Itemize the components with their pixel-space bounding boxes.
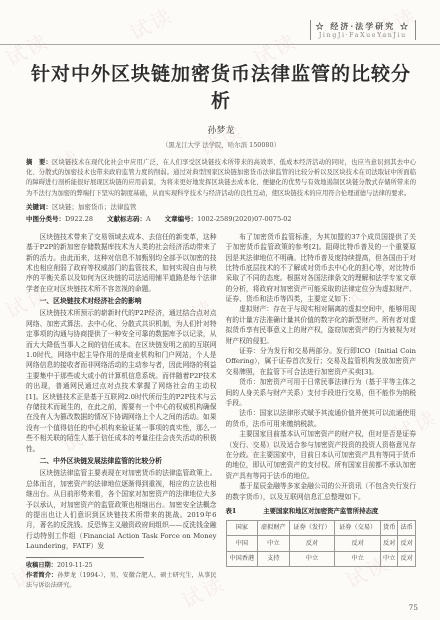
journal-name-pinyin: JingJi·FaXueYanJiu bbox=[316, 32, 410, 39]
table-cell: 中立 bbox=[258, 536, 290, 551]
table-header-row: 国家 虚拟财产 证券（发行） 证券（交易） 货币 法币 bbox=[226, 520, 416, 535]
table-header-cell: 证券（发行） bbox=[289, 520, 335, 535]
table-header-cell: 货币 bbox=[380, 520, 397, 535]
footnote-received-date: 收稿日期：2019-11-25 bbox=[26, 561, 217, 571]
header-divider bbox=[0, 44, 440, 45]
article-title: 针对中外区块链加密货币法律监管的比较分析 bbox=[26, 59, 416, 113]
doc-code-value: A bbox=[146, 215, 151, 223]
table-row: 中国 中立 反对 反对 反对 反对 bbox=[226, 536, 416, 551]
table-header-cell: 虚拟财产 bbox=[258, 520, 290, 535]
section-heading-2: 二、中外区块链发展法律监管的比较分析 bbox=[26, 456, 217, 466]
table-header-cell: 法币 bbox=[398, 520, 416, 535]
left-column: 区块链技术带来了交易领域去成本、去信任的新变革，这种基于P2P的新加密存储数据库… bbox=[26, 232, 217, 591]
definition-securities: 证券：分为发行和交易两部分。发行即ICO（Initial Coin Offeri… bbox=[226, 346, 417, 377]
article-id-label: 文章编号： bbox=[165, 215, 198, 223]
abstract: 摘 要：区块链技术在现代化社会中应用广泛，在人们享受区块链技术所带来的高效率、低… bbox=[26, 158, 416, 199]
table-cell: 中国香港 bbox=[226, 551, 258, 566]
table-cell: 反对 bbox=[335, 536, 381, 551]
definition-legal-tender: 法币：国家以法律形式赋予其流通价值并使其可以流通使用的货币，法币可用来缴纳税款。 bbox=[226, 408, 417, 429]
table-caption-label: 表1 bbox=[226, 507, 237, 517]
paper-page: 试读 试读 试读 试读 试读 试读 试读 试读 试读 试读 试读 试读 试读 试… bbox=[0, 0, 440, 620]
received-date-label: 收稿日期： bbox=[26, 562, 57, 569]
table-cell: 中立 bbox=[335, 551, 381, 566]
table-cell: 中立 bbox=[289, 551, 335, 566]
table-cell: 反对 bbox=[380, 536, 397, 551]
table-caption: 表1主要国家和地区对加密资产监管所持态度 bbox=[226, 507, 417, 517]
section-heading-1: 一、区块链技术对经济社会的影响 bbox=[26, 296, 217, 306]
article-id: 文章编号：1002-2589(2020)07-0075-02 bbox=[165, 215, 292, 223]
author-name: 孙梦龙 bbox=[26, 123, 416, 136]
regulation-attitude-table: 国家 虚拟财产 证券（发行） 证券（交易） 货币 法币 中国 中立 反对 bbox=[226, 520, 417, 567]
journal-name-box: ☆ 经济·法学研究 ☆ JingJi·FaXueYanJiu bbox=[310, 20, 416, 40]
abstract-label: 摘 要： bbox=[26, 159, 52, 166]
doc-code-label: 文献标志码： bbox=[107, 215, 146, 223]
keywords-text: 区块链；加密货币；法律监管 bbox=[52, 203, 137, 211]
table-cell: 支持 bbox=[258, 551, 290, 566]
body-paragraph: 区块链技术带来了交易领域去成本、去信任的新变革，这种基于P2P的新加密存储数据库… bbox=[26, 232, 217, 294]
table-cell: 中立 bbox=[380, 551, 397, 566]
keywords-label: 关键词： bbox=[26, 203, 52, 211]
clc-label: 中图分类号： bbox=[26, 215, 65, 223]
abstract-text: 区块链技术在现代化社会中应用广泛，在人们享受区块链技术所带来的高效率、低成本经济… bbox=[26, 159, 416, 197]
keywords: 关键词：区块链；加密货币；法律监管 bbox=[26, 202, 416, 211]
definition-currency: 货币：加密资产可用于日常民事法律行为（基于平等主体之间的人身关系与财产关系）支付… bbox=[226, 377, 417, 408]
definition-virtual-property: 虚拟财产：存在于与现实相对隔离的虚拟空间中，能够用现有的计量方法准确计量其价值的… bbox=[226, 304, 417, 346]
table-cell: 反对 bbox=[398, 551, 416, 566]
journal-name-cn: ☆ 经济·法学研究 ☆ bbox=[316, 21, 410, 32]
body-paragraph: 基于星辰金融等多家金融公司的公开资讯（不包含央行发行的数字货币），以及互联网信息… bbox=[226, 481, 417, 502]
right-column: 布了加密货币监管标准，为其加盟的37个成员国提供了关于加密货币监管政策的参考[2… bbox=[226, 232, 417, 567]
author-bio-label: 作者简介： bbox=[26, 572, 57, 579]
author-affiliation: （黑龙江大学 法学院，哈尔滨 150080） bbox=[26, 140, 416, 149]
article-id-value: 1002-2589(2020)07-0075-02 bbox=[197, 215, 291, 223]
table-cell: 中国 bbox=[226, 536, 258, 551]
table-caption-text: 主要国家和地区对加密资产监管所持态度 bbox=[263, 507, 378, 515]
table-header-cell: 证券（交易） bbox=[335, 520, 381, 535]
body-paragraph: 区块链法律监管主要表现在对加密货币的法律监管政策上。总体而言，加密资产的法律地位… bbox=[26, 468, 217, 551]
page-number: 75 bbox=[408, 603, 418, 612]
body-paragraph: 主要国家目前基本认可加密资产的财产权，但对是否是证券（发行、交易）以及适合参与加… bbox=[226, 429, 417, 481]
body-columns: 区块链技术带来了交易领域去成本、去信任的新变革，这种基于P2P的新加密存储数据库… bbox=[26, 232, 416, 591]
journal-header: ☆ 经济·法学研究 ☆ JingJi·FaXueYanJiu bbox=[26, 20, 416, 41]
footnote-divider bbox=[26, 557, 144, 558]
table-header-cell: 国家 bbox=[226, 520, 258, 535]
body-paragraph: 区块链技术所预示的崭新时代的P2P经济，通过结合点对点网络、加密式算法、去中心化… bbox=[26, 308, 217, 453]
table-cell: 反对 bbox=[289, 536, 335, 551]
article-meta: 中图分类号：D922.28文献标志码：A文章编号：1002-2589(2020)… bbox=[26, 214, 416, 223]
body-paragraph: 布了加密货币监管标准，为其加盟的37个成员国提供了关于加密货币监管政策的参考[2… bbox=[226, 232, 417, 305]
received-date-value: 2019-11-25 bbox=[57, 562, 93, 569]
doc-code: 文献标志码：A bbox=[107, 215, 151, 223]
table-row: 中国香港 支持 中立 中立 中立 反对 bbox=[226, 551, 416, 566]
clc-value: D922.28 bbox=[65, 215, 93, 223]
footnote-author-bio: 作者简介：孙梦龙（1994-），男，安徽合肥人，硕士研究生，从事民法与诉讼法研究… bbox=[26, 571, 217, 590]
table-cell: 反对 bbox=[398, 536, 416, 551]
clc-number: 中图分类号：D922.28 bbox=[26, 215, 93, 223]
